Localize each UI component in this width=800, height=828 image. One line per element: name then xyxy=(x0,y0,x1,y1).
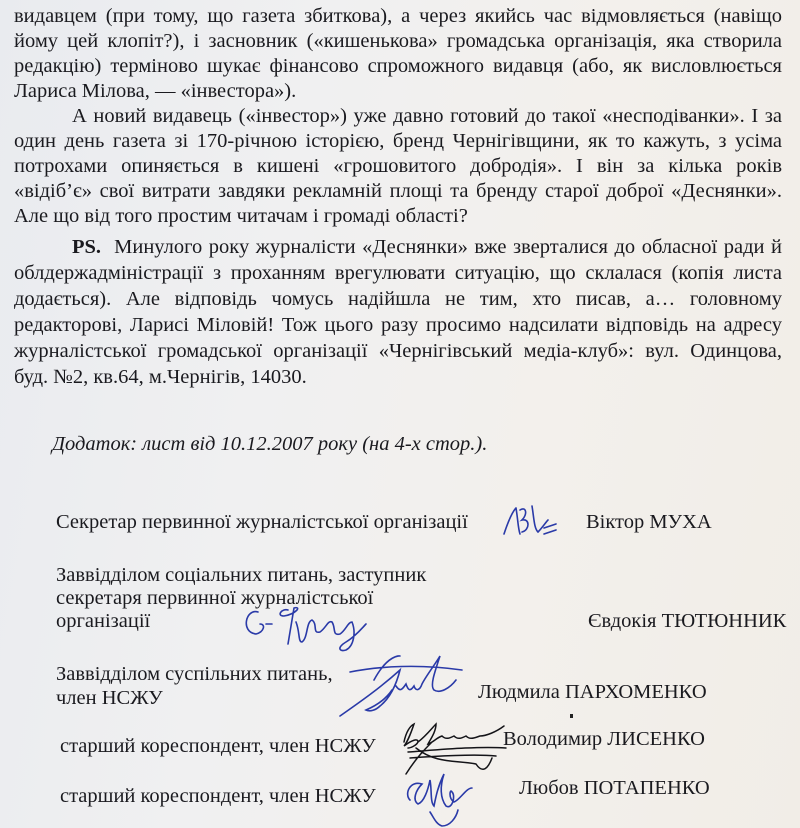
signatory-role: Заввідділом соціальних питань, заступник xyxy=(56,563,426,587)
text-line: потрохами опиняється в кишені «грошовито… xyxy=(14,154,782,178)
text-line: редакцію) терміново шукає фінансово спро… xyxy=(14,54,782,78)
text-line: «відіб’є» свої витрати завдяки рекламній… xyxy=(14,179,782,203)
signatory-name: Любов ПОТАПЕНКО xyxy=(519,776,710,800)
signatory-name: Володимир ЛИСЕНКО xyxy=(503,727,705,751)
signatory-role: організації xyxy=(56,609,150,633)
signatory-name: Людмила ПАРХОМЕНКО xyxy=(478,680,707,704)
signatory-role: старший кореспондент, член НСЖУ xyxy=(60,784,376,808)
text-line: PS. Минулого року журналісти «Деснянки» … xyxy=(72,235,782,259)
text-line: журналістської громадської організації «… xyxy=(14,339,782,363)
attachment-note: Додаток: лист від 10.12.2007 року (на 4-… xyxy=(52,432,487,456)
text-line: Лариса Мілова, — «інвестора»). xyxy=(14,79,782,103)
document-page: видавцем (при тому, що газета збиткова),… xyxy=(0,0,800,828)
ink-dot xyxy=(570,714,573,718)
signatory-name: Віктор МУХА xyxy=(586,510,712,534)
text-line: видавцем (при тому, що газета збиткова),… xyxy=(14,4,782,28)
signatory-role: старший кореспондент, член НСЖУ xyxy=(60,734,376,758)
signature-icon xyxy=(236,602,436,652)
signatory-role: Секретар первинної журналістської органі… xyxy=(56,510,468,534)
signatory-role: Заввідділом суспільних питань, xyxy=(56,662,333,686)
text-line: редакторові, Ларисі Міловій! Тож цього р… xyxy=(14,313,782,337)
ps-label: PS. xyxy=(72,236,101,258)
text-line: облдержадміністрації з проханням врегулю… xyxy=(14,261,782,285)
signatory-role: член НСЖУ xyxy=(56,686,163,710)
signature-icon xyxy=(400,766,490,828)
text-line: додається). Але відповідь чомусь надійшл… xyxy=(14,287,782,311)
ps-first-line: Минулого року журналісти «Деснянки» вже … xyxy=(114,236,782,258)
text-line: Але що від того простим читачам і громад… xyxy=(14,204,782,228)
text-line: йому цей клопіт?), і засновник («кишеньк… xyxy=(14,29,782,53)
text-line: буд. №2, кв.64, м.Чернігів, 14030. xyxy=(14,365,782,389)
text-line: А новий видавець («інвестор») уже давно … xyxy=(72,104,782,128)
text-line: один день газета зі 170-річною історією,… xyxy=(14,129,782,153)
signatory-name: Євдокія ТЮТЮННИК xyxy=(588,609,786,633)
signature-icon xyxy=(500,500,560,540)
